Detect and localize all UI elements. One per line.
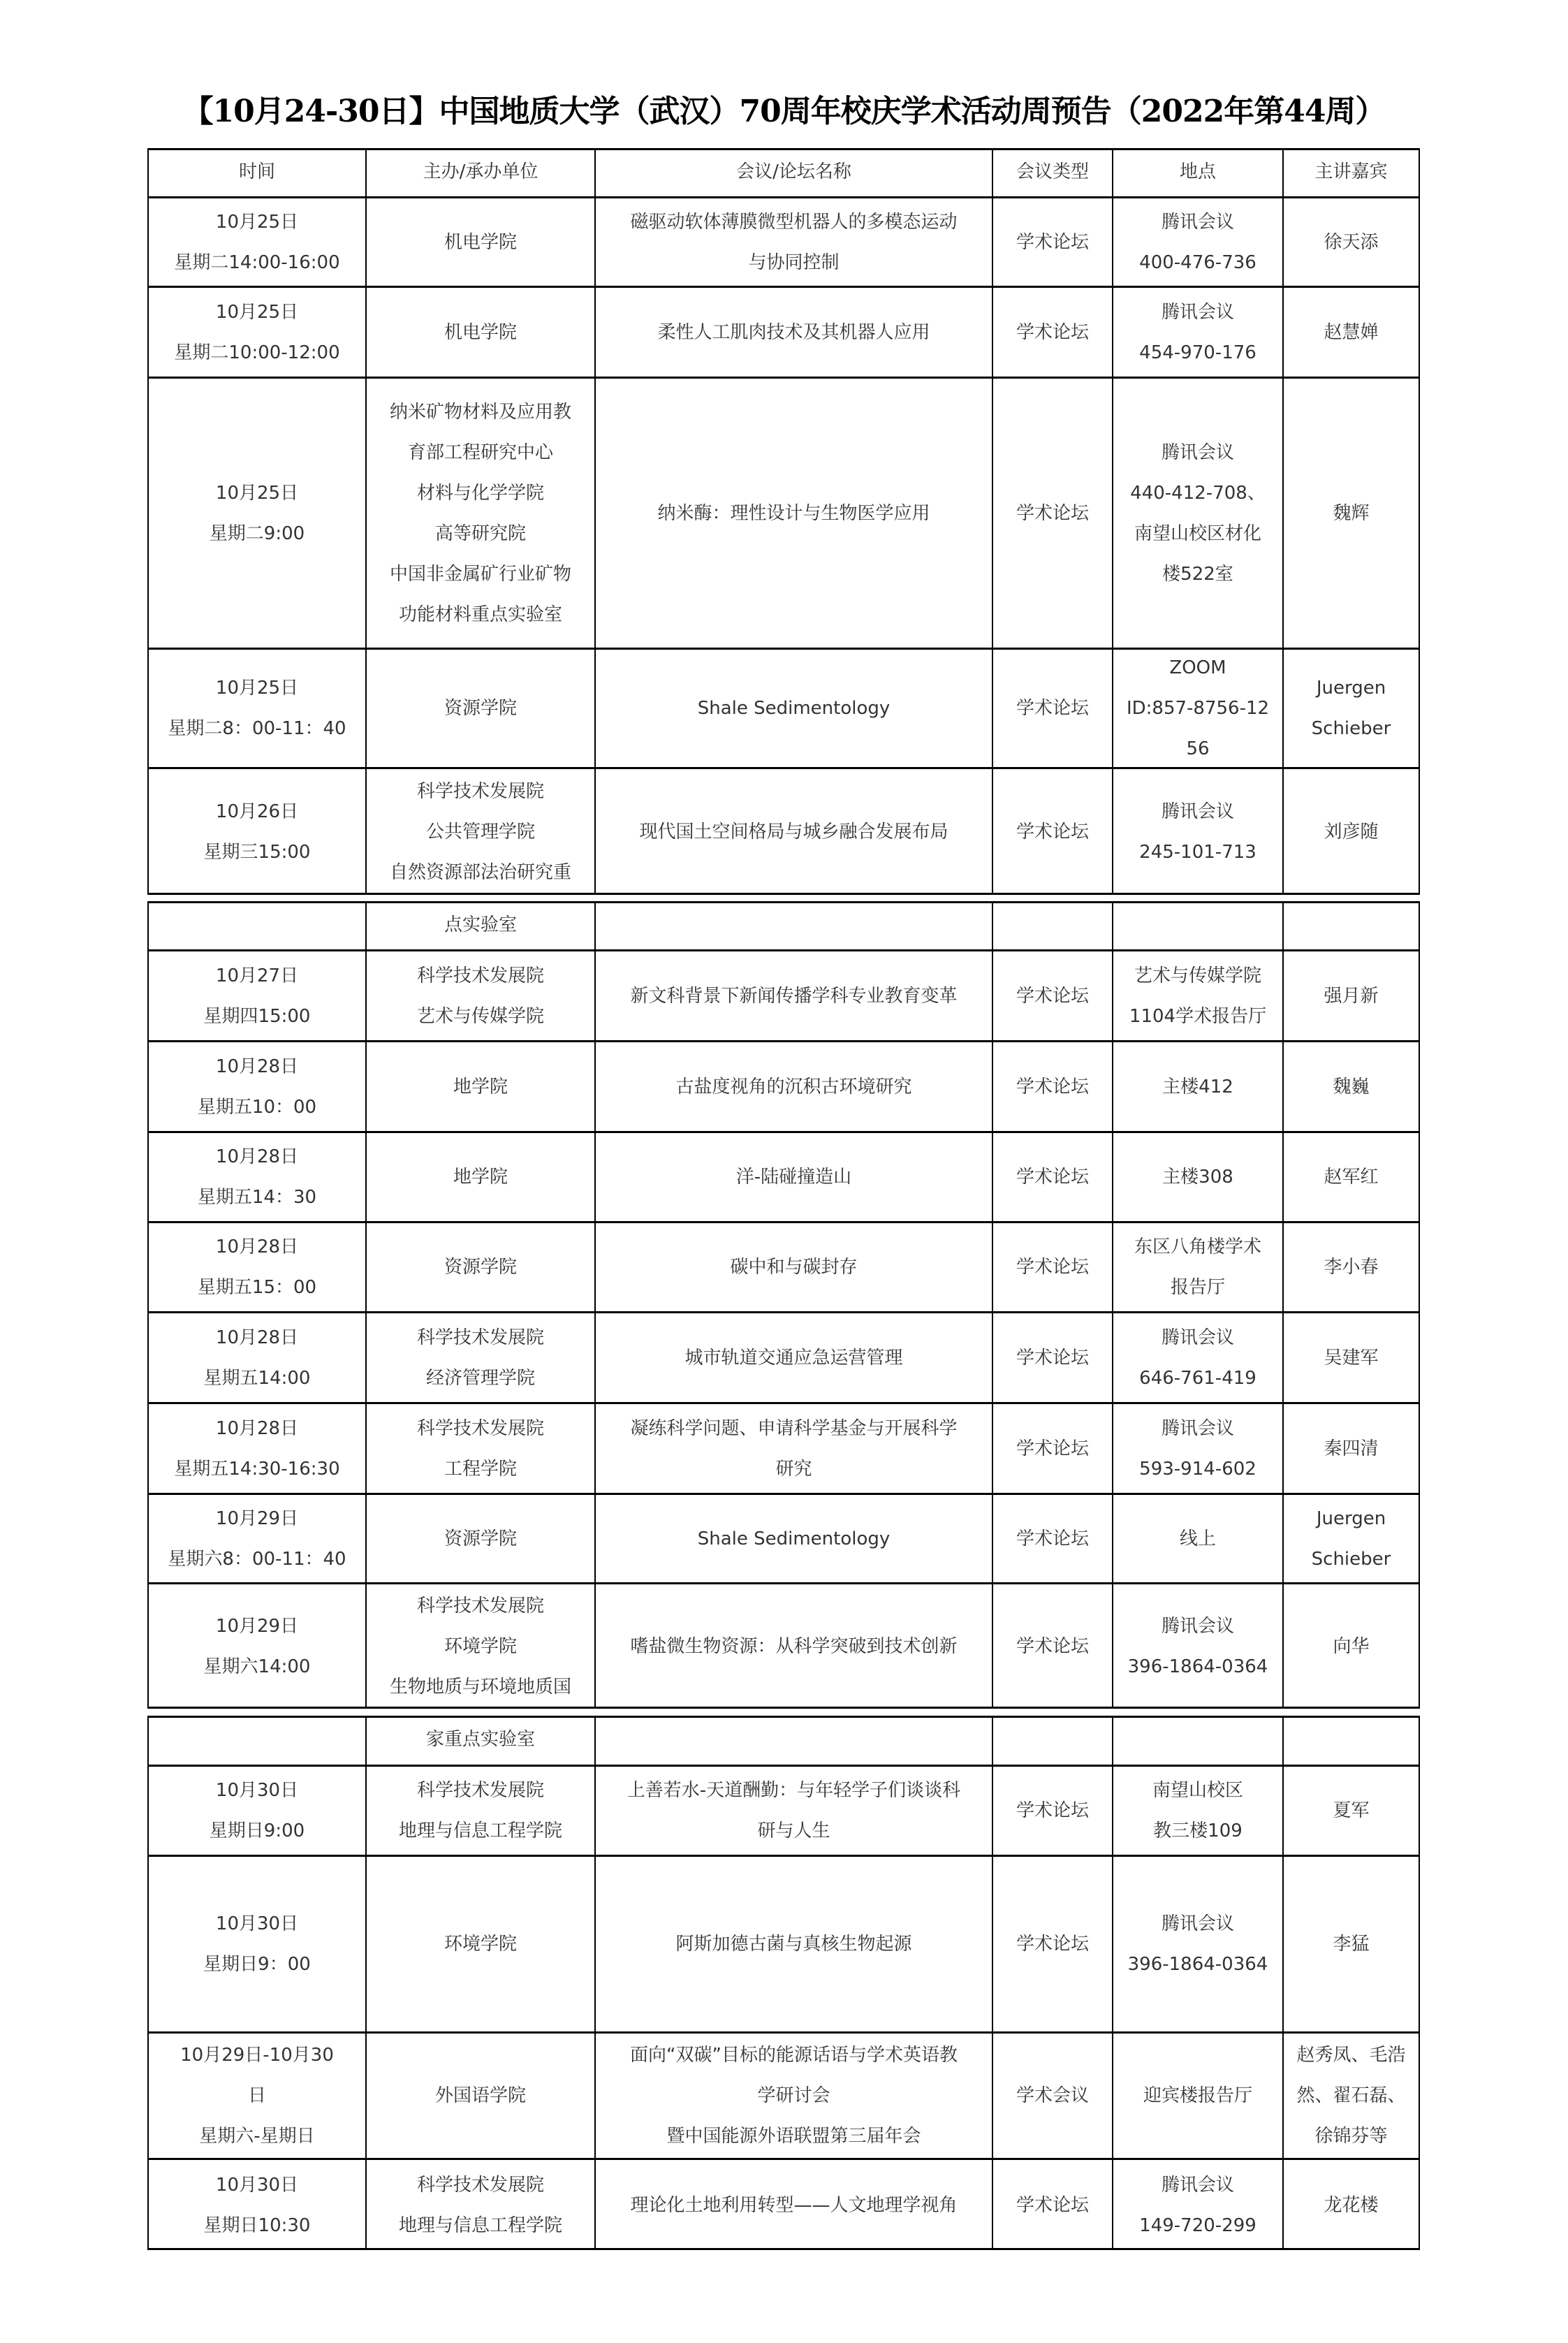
cell-organizer: 资源学院 [365, 1223, 594, 1311]
cell-location: 腾讯会议 400-476-736 [1112, 198, 1282, 286]
cell-location: 腾讯会议 396-1864-0364 [1112, 1857, 1282, 2031]
cell-location: 腾讯会议 646-761-419 [1112, 1313, 1282, 1402]
table-row: 10月27日 星期四15:00 科学技术发展院 艺术与传媒学院 新文科背景下新闻… [147, 951, 1420, 1042]
document-title: 【10月24-30日】中国地质大学（武汉）70周年校庆学术活动周预告（2022年… [136, 89, 1432, 134]
cell-speaker: 向华 [1282, 1584, 1420, 1709]
cell-time: 10月28日 星期五10：00 [147, 1042, 365, 1131]
cell-speaker: 龙花楼 [1282, 2160, 1420, 2250]
cell-event-name: Shale Sedimentology [594, 650, 992, 767]
cell-event-type: 学术论坛 [992, 1042, 1112, 1131]
cell-location [1112, 1718, 1282, 1765]
cell-time: 10月29日-10月30 日 星期六-星期日 [147, 2034, 365, 2158]
cell-organizer: 资源学院 [365, 650, 594, 767]
cell-organizer: 科学技术发展院 地理与信息工程学院 [365, 2160, 594, 2250]
cell-time: 10月27日 星期四15:00 [147, 951, 365, 1040]
cell-speaker: 刘彦随 [1282, 769, 1420, 895]
cell-time: 10月26日 星期三15:00 [147, 769, 365, 895]
cell-location: 腾讯会议 440-412-708、 南望山校区材化 楼522室 [1112, 379, 1282, 648]
cell-speaker [1282, 903, 1420, 949]
cell-speaker: 李小春 [1282, 1223, 1420, 1311]
cell-speaker [1282, 1718, 1420, 1765]
cell-organizer: 机电学院 [365, 198, 594, 286]
cell-organizer: 科学技术发展院 环境学院 生物地质与环境地质国 [365, 1584, 594, 1709]
cell-event-type: 学术论坛 [992, 198, 1112, 286]
cell-event-name: 阿斯加德古菌与真核生物起源 [594, 1857, 992, 2031]
cell-event-name: 碳中和与碳封存 [594, 1223, 992, 1311]
table-row: 10月28日 星期五14:00 科学技术发展院 经济管理学院 城市轨道交通应急运… [147, 1313, 1420, 1404]
cell-organizer: 环境学院 [365, 1857, 594, 2031]
cell-event-name: 凝练科学问题、申请科学基金与开展科学 研究 [594, 1404, 992, 1493]
cell-time: 10月28日 星期五15：00 [147, 1223, 365, 1311]
table-row: 10月25日 星期二8：00-11：40 资源学院 Shale Sediment… [147, 650, 1420, 769]
cell-event-type: 学术论坛 [992, 1495, 1112, 1582]
cell-speaker: 李猛 [1282, 1857, 1420, 2031]
schedule-table-part-2: 点实验室 10月27日 星期四15:00 科学技术发展院 艺术与传媒学院 新文科… [147, 901, 1420, 1709]
cell-event-name: 城市轨道交通应急运营管理 [594, 1313, 992, 1402]
cell-event-name: 磁驱动软体薄膜微型机器人的多模态运动 与协同控制 [594, 198, 992, 286]
table-row: 10月29日 星期六8：00-11：40 资源学院 Shale Sediment… [147, 1495, 1420, 1584]
header-location: 地点 [1112, 150, 1282, 196]
table-row-continuation: 点实验室 [147, 903, 1420, 951]
cell-event-name: 洋-陆碰撞造山 [594, 1133, 992, 1221]
cell-event-type: 学术论坛 [992, 1404, 1112, 1493]
cell-event-type: 学术论坛 [992, 288, 1112, 377]
cell-speaker: 徐天添 [1282, 198, 1420, 286]
cell-speaker: 魏巍 [1282, 1042, 1420, 1131]
cell-organizer: 科学技术发展院 艺术与传媒学院 [365, 951, 594, 1040]
cell-event-type [992, 1718, 1112, 1765]
cell-location: 腾讯会议 396-1864-0364 [1112, 1584, 1282, 1709]
cell-event-name: 理论化土地利用转型——人文地理学视角 [594, 2160, 992, 2250]
cell-time: 10月29日 星期六14:00 [147, 1584, 365, 1709]
cell-location: 艺术与传媒学院 1104学术报告厅 [1112, 951, 1282, 1040]
header-event-type: 会议类型 [992, 150, 1112, 196]
cell-location: 腾讯会议 245-101-713 [1112, 769, 1282, 895]
cell-organizer: 点实验室 [365, 903, 594, 949]
table-row: 10月30日 星期日10:30 科学技术发展院 地理与信息工程学院 理论化土地利… [147, 2160, 1420, 2250]
header-speaker: 主讲嘉宾 [1282, 150, 1420, 196]
table-row: 10月30日 星期日9:00 科学技术发展院 地理与信息工程学院 上善若水-天道… [147, 1767, 1420, 1857]
cell-speaker: 秦四清 [1282, 1404, 1420, 1493]
cell-event-name: 新文科背景下新闻传播学科专业教育变革 [594, 951, 992, 1040]
table-row: 10月25日 星期二10:00-12:00 机电学院 柔性人工肌肉技术及其机器人… [147, 288, 1420, 379]
cell-location: 迎宾楼报告厅 [1112, 2034, 1282, 2158]
table-row: 10月28日 星期五15：00 资源学院 碳中和与碳封存 学术论坛 东区八角楼学… [147, 1223, 1420, 1313]
table-row: 10月28日 星期五10：00 地学院 古盐度视角的沉积古环境研究 学术论坛 主… [147, 1042, 1420, 1133]
cell-speaker: 魏辉 [1282, 379, 1420, 648]
cell-organizer: 科学技术发展院 工程学院 [365, 1404, 594, 1493]
header-event-name: 会议/论坛名称 [594, 150, 992, 196]
cell-speaker: 赵秀凤、毛浩 然、翟石磊、 徐锦芬等 [1282, 2034, 1420, 2158]
cell-event-type: 学术论坛 [992, 769, 1112, 895]
cell-location: 南望山校区 教三楼109 [1112, 1767, 1282, 1855]
table-row: 10月29日 星期六14:00 科学技术发展院 环境学院 生物地质与环境地质国 … [147, 1584, 1420, 1709]
cell-time [147, 903, 365, 949]
cell-speaker: Juergen Schieber [1282, 650, 1420, 767]
cell-time: 10月30日 星期日10:30 [147, 2160, 365, 2250]
cell-event-name: 柔性人工肌肉技术及其机器人应用 [594, 288, 992, 377]
cell-event-type: 学术论坛 [992, 2160, 1112, 2250]
cell-organizer: 地学院 [365, 1042, 594, 1131]
cell-speaker: Juergen Schieber [1282, 1495, 1420, 1582]
table-row-continuation: 家重点实验室 [147, 1718, 1420, 1767]
cell-event-type: 学术论坛 [992, 1313, 1112, 1402]
cell-organizer: 资源学院 [365, 1495, 594, 1582]
cell-event-name: Shale Sedimentology [594, 1495, 992, 1582]
cell-event-type: 学术论坛 [992, 1133, 1112, 1221]
cell-organizer: 科学技术发展院 地理与信息工程学院 [365, 1767, 594, 1855]
cell-location: 腾讯会议 454-970-176 [1112, 288, 1282, 377]
cell-event-name: 古盐度视角的沉积古环境研究 [594, 1042, 992, 1131]
cell-location: 腾讯会议 149-720-299 [1112, 2160, 1282, 2250]
cell-event-type: 学术论坛 [992, 1767, 1112, 1855]
cell-event-type: 学术论坛 [992, 1584, 1112, 1709]
header-time: 时间 [147, 150, 365, 196]
cell-organizer: 家重点实验室 [365, 1718, 594, 1765]
table-row: 10月28日 星期五14：30 地学院 洋-陆碰撞造山 学术论坛 主楼308 赵… [147, 1133, 1420, 1223]
cell-event-type: 学术论坛 [992, 1223, 1112, 1311]
cell-location: 线上 [1112, 1495, 1282, 1582]
cell-organizer: 科学技术发展院 公共管理学院 自然资源部法治研究重 [365, 769, 594, 895]
cell-speaker: 强月新 [1282, 951, 1420, 1040]
cell-time: 10月28日 星期五14:30-16:30 [147, 1404, 365, 1493]
table-row: 10月28日 星期五14:30-16:30 科学技术发展院 工程学院 凝练科学问… [147, 1404, 1420, 1495]
cell-speaker: 夏军 [1282, 1767, 1420, 1855]
table-row: 10月25日 星期二9:00 纳米矿物材料及应用教 育部工程研究中心 材料与化学… [147, 379, 1420, 650]
cell-time: 10月29日 星期六8：00-11：40 [147, 1495, 365, 1582]
cell-event-name: 现代国土空间格局与城乡融合发展布局 [594, 769, 992, 895]
cell-event-name [594, 903, 992, 949]
table-header-row: 时间 主办/承办单位 会议/论坛名称 会议类型 地点 主讲嘉宾 [147, 150, 1420, 198]
cell-time: 10月25日 星期二8：00-11：40 [147, 650, 365, 767]
cell-time: 10月30日 星期日9：00 [147, 1857, 365, 2031]
cell-event-type: 学术会议 [992, 2034, 1112, 2158]
cell-event-name [594, 1718, 992, 1765]
cell-event-type [992, 903, 1112, 949]
schedule-table-part-1: 时间 主办/承办单位 会议/论坛名称 会议类型 地点 主讲嘉宾 10月25日 星… [147, 148, 1420, 895]
cell-event-type: 学术论坛 [992, 379, 1112, 648]
cell-event-name: 面向“双碳”目标的能源话语与学术英语教 学研讨会 暨中国能源外语联盟第三届年会 [594, 2034, 992, 2158]
cell-organizer: 科学技术发展院 经济管理学院 [365, 1313, 594, 1402]
cell-location: ZOOM ID:857-8756-12 56 [1112, 650, 1282, 767]
cell-event-name: 嗜盐微生物资源：从科学突破到技术创新 [594, 1584, 992, 1709]
cell-time: 10月30日 星期日9:00 [147, 1767, 365, 1855]
table-row: 10月29日-10月30 日 星期六-星期日 外国语学院 面向“双碳”目标的能源… [147, 2034, 1420, 2160]
cell-location: 腾讯会议 593-914-602 [1112, 1404, 1282, 1493]
cell-event-name: 纳米酶：理性设计与生物医学应用 [594, 379, 992, 648]
cell-speaker: 吴建军 [1282, 1313, 1420, 1402]
cell-speaker: 赵慧婵 [1282, 288, 1420, 377]
cell-time: 10月28日 星期五14:00 [147, 1313, 365, 1402]
cell-event-type: 学术论坛 [992, 1857, 1112, 2031]
cell-location: 东区八角楼学术 报告厅 [1112, 1223, 1282, 1311]
schedule-table-part-3: 家重点实验室 10月30日 星期日9:00 科学技术发展院 地理与信息工程学院 … [147, 1716, 1420, 2250]
cell-organizer: 外国语学院 [365, 2034, 594, 2158]
cell-time: 10月25日 星期二9:00 [147, 379, 365, 648]
cell-time [147, 1718, 365, 1765]
cell-time: 10月25日 星期二10:00-12:00 [147, 288, 365, 377]
cell-location [1112, 903, 1282, 949]
cell-organizer: 纳米矿物材料及应用教 育部工程研究中心 材料与化学学院 高等研究院 中国非金属矿… [365, 379, 594, 648]
cell-speaker: 赵军红 [1282, 1133, 1420, 1221]
cell-organizer: 地学院 [365, 1133, 594, 1221]
table-row: 10月25日 星期二14:00-16:00 机电学院 磁驱动软体薄膜微型机器人的… [147, 198, 1420, 288]
header-organizer: 主办/承办单位 [365, 150, 594, 196]
cell-location: 主楼308 [1112, 1133, 1282, 1221]
cell-event-name: 上善若水-天道酬勤：与年轻学子们谈谈科 研与人生 [594, 1767, 992, 1855]
table-row: 10月26日 星期三15:00 科学技术发展院 公共管理学院 自然资源部法治研究… [147, 769, 1420, 895]
cell-time: 10月25日 星期二14:00-16:00 [147, 198, 365, 286]
cell-event-type: 学术论坛 [992, 650, 1112, 767]
cell-event-type: 学术论坛 [992, 951, 1112, 1040]
cell-organizer: 机电学院 [365, 288, 594, 377]
cell-time: 10月28日 星期五14：30 [147, 1133, 365, 1221]
cell-location: 主楼412 [1112, 1042, 1282, 1131]
table-row: 10月30日 星期日9：00 环境学院 阿斯加德古菌与真核生物起源 学术论坛 腾… [147, 1857, 1420, 2034]
